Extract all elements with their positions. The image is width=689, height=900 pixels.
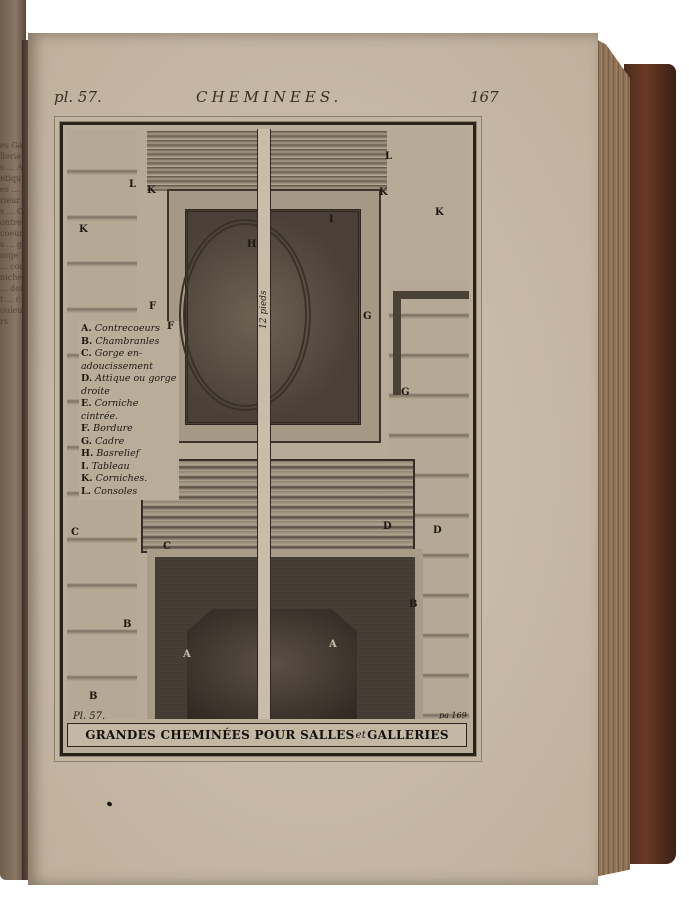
legend-item: H. Basrelief <box>81 448 177 461</box>
mark-k: K <box>147 185 156 196</box>
mark-k: K <box>435 207 444 218</box>
fireback-contrecoeur <box>187 609 357 719</box>
caption-main: GRANDES CHEMINÉES POUR SALLES <box>85 728 354 742</box>
mark-d: D <box>433 525 442 536</box>
legend-item: C. Gorge en-adoucissement <box>81 348 177 373</box>
plate-legend: A. Contrecoeurs B. Chambranles C. Gorge … <box>79 321 179 500</box>
plate-caption: GRANDES CHEMINÉES POUR SALLES et GALLERI… <box>67 723 467 747</box>
mark-f: F <box>167 321 174 332</box>
leather-cover <box>624 64 676 864</box>
legend-item: F. Bordure <box>81 423 177 436</box>
legend-item: K. Corniches. <box>81 473 177 486</box>
legend-item: L. Consoles <box>81 486 177 499</box>
mark-l: L <box>385 151 392 162</box>
engraver-signature: pa 169 <box>439 711 467 719</box>
mark-l: L <box>129 179 136 190</box>
mark-g: G <box>401 387 410 398</box>
mark-i: I <box>329 214 334 225</box>
legend-item: B. Chambranles <box>81 336 177 349</box>
mark-c: C <box>71 527 79 538</box>
frame-molding-sample <box>393 291 469 395</box>
mark-d: D <box>383 521 392 532</box>
plate-reference: pl. 57. <box>54 88 102 106</box>
oval-bordure <box>179 219 311 411</box>
mark-h: H <box>247 239 256 250</box>
engraved-plate: 12 pieds A. Contrecoeurs B. Chambranles … <box>60 122 476 756</box>
scale-label: 12 pieds <box>259 290 269 329</box>
left-page-text-fragment: es Galleries ... Antiques ... rieurs ...… <box>0 140 24 720</box>
legend-item: G. Cadre <box>81 436 177 449</box>
mark-a: A <box>329 639 337 650</box>
mantel-attique <box>141 459 415 553</box>
mark-g: G <box>363 311 372 322</box>
mark-f: F <box>149 301 156 312</box>
scale-bar <box>257 129 271 719</box>
caption-end: GALLERIES <box>367 728 449 742</box>
plate-number: Pl. 57. <box>73 711 105 719</box>
fireplace-engraving: 12 pieds A. Contrecoeurs B. Chambranles … <box>67 129 469 719</box>
legend-item: D. Attique ou gorge droite <box>81 373 177 398</box>
right-page: pl. 57. CHEMINEES. 167 12 pieds A. Contr… <box>28 33 598 885</box>
caption-et: et <box>356 730 367 741</box>
legend-item: A. Contrecoeurs <box>81 323 177 336</box>
mark-b: B <box>123 619 131 630</box>
page-number: 167 <box>470 88 499 106</box>
mark-k: K <box>379 187 388 198</box>
mark-c: C <box>163 541 171 552</box>
mark-b: B <box>89 691 97 702</box>
legend-item: I. Tableau <box>81 461 177 474</box>
mark-k: K <box>79 224 88 235</box>
mark-a: A <box>183 649 191 660</box>
running-title: CHEMINEES. <box>196 88 342 106</box>
mark-b: B <box>409 599 417 610</box>
legend-item: E. Corniche cintrée. <box>81 398 177 423</box>
